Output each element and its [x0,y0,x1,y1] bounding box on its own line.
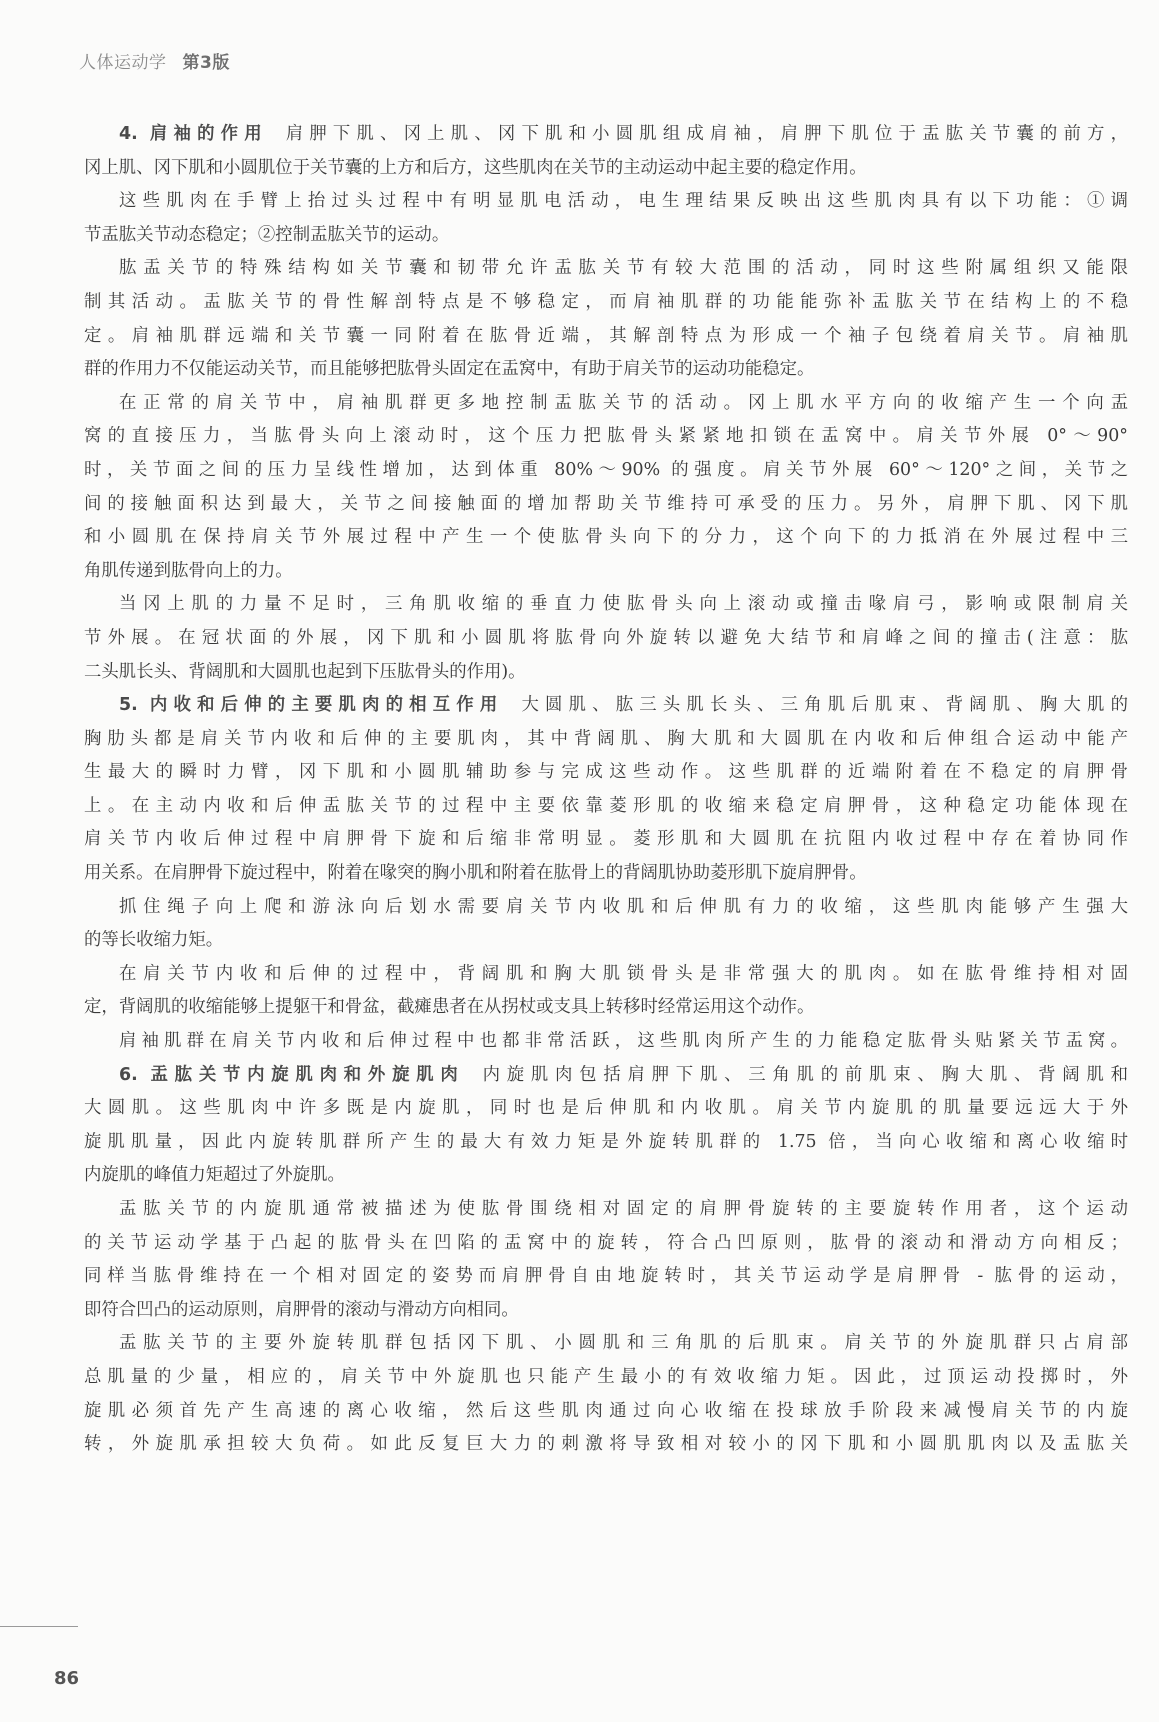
text-line: 盂肱关节的主要外旋转肌群包括冈下肌、小圆肌和三角肌的后肌束。肩关节的外旋肌群只占… [84,1327,1128,1361]
text-line: 角肌传递到肱骨向上的力。 [84,555,1128,589]
text-line: 当冈上肌的力量不足时，三角肌收缩的垂直力使肱骨头向上滚动或撞击喙肩弓，影响或限制… [84,588,1128,622]
text-line: 这些肌肉在手臂上抬过头过程中有明显肌电活动，电生理结果反映出这些肌肉具有以下功能… [84,185,1128,219]
edition-label: 第3版 [183,48,230,73]
text-line: 上。在主动内收和后伸盂肱关节的过程中主要依靠菱形肌的收缩来稳定肩胛骨，这种稳定功… [84,790,1128,824]
text-line: 冈上肌、冈下肌和小圆肌位于关节囊的上方和后方，这些肌肉在关节的主动运动中起主要的… [84,152,1128,186]
text-line: 即符合凹凸的运动原则，肩胛骨的滚动与滑动方向相同。 [84,1294,1128,1328]
text-line: 肩关节内收后伸过程中肩胛骨下旋和后缩非常明显。菱形肌和大圆肌在抗阻内收过程中存在… [84,823,1128,857]
text-line: 总肌量的少量，相应的，肩关节中外旋肌也只能产生最小的有效收缩力矩。因此，过顶运动… [84,1361,1128,1395]
text-line: 和小圆肌在保持肩关节外展过程中产生一个使肱骨头向下的分力，这个向下的力抵消在外展… [84,521,1128,555]
text-line: 6. 盂肱关节内旋肌肉和外旋肌肉内旋肌肉包括肩胛下肌、三角肌的前肌束、胸大肌、背… [84,1059,1128,1093]
text-line: 旋肌肌量，因此内旋转肌群所产生的最大有效力矩是外旋转肌群的 1.75 倍，当向心… [84,1126,1128,1160]
text-line: 内旋肌的峰值力矩超过了外旋肌。 [84,1159,1128,1193]
text-line: 的等长收缩力矩。 [84,924,1128,958]
text-line: 二头肌长头、背阔肌和大圆肌也起到下压肱骨头的作用)。 [84,656,1128,690]
text-line: 胸肋头都是肩关节内收和后伸的主要肌肉，其中背阔肌、胸大肌和大圆肌在内收和后伸组合… [84,723,1128,757]
text-line: 在正常的肩关节中，肩袖肌群更多地控制盂肱关节的活动。冈上肌水平方向的收缩产生一个… [84,387,1128,421]
text-line: 群的作用力不仅能运动关节，而且能够把肱骨头固定在盂窝中，有助于肩关节的运动功能稳… [84,353,1128,387]
text-line: 节外展。在冠状面的外展，冈下肌和小圆肌将肱骨向外旋转以避免大结节和肩峰之间的撞击… [84,622,1128,656]
section-rotators: 6. 盂肱关节内旋肌肉和外旋肌肉内旋肌肉包括肩胛下肌、三角肌的前肌束、胸大肌、背… [84,1059,1128,1462]
running-header: 人体运动学 第3版 [79,48,230,73]
text-line: 窝的直接压力，当肱骨头向上滚动时，这个压力把肱骨头紧紧地扣锁在盂窝中。肩关节外展… [84,420,1128,454]
text-line: 抓住绳子向上爬和游泳向后划水需要肩关节内收肌和后伸肌有力的收缩，这些肌肉能够产生… [84,891,1128,925]
text-line: 制其活动。盂肱关节的骨性解剖特点是不够稳定，而肩袖肌群的功能能弥补盂肱关节在结构… [84,286,1128,320]
text-line: 定，背阔肌的收缩能够上提躯干和骨盆，截瘫患者在从拐杖或支具上转移时经常运用这个动… [84,991,1128,1025]
text-line: 盂肱关节的内旋肌通常被描述为使肱骨围绕相对固定的肩胛骨旋转的主要旋转作用者，这个… [84,1193,1128,1227]
text-line: 4. 肩袖的作用肩胛下肌、冈上肌、冈下肌和小圆肌组成肩袖，肩胛下肌位于盂肱关节囊… [84,118,1128,152]
text-line: 肩袖肌群在肩关节内收和后伸过程中也都非常活跃，这些肌肉所产生的力能稳定肱骨头贴紧… [84,1025,1128,1059]
text-line: 同样当肱骨维持在一个相对固定的姿势而肩胛骨自由地旋转时，其关节运动学是肩胛骨 -… [84,1260,1128,1294]
text-line: 旋肌必须首先产生高速的离心收缩，然后这些肌肉通过向心收缩在投球放手阶段来减慢肩关… [84,1395,1128,1429]
text-line: 时，关节面之间的压力呈线性增加，达到体重 80%～90% 的强度。肩关节外展 6… [84,454,1128,488]
page-body: 4. 肩袖的作用肩胛下肌、冈上肌、冈下肌和小圆肌组成肩袖，肩胛下肌位于盂肱关节囊… [84,118,1128,1462]
section-heading: 4. 肩袖的作用 [119,124,268,144]
text-line: 5. 内收和后伸的主要肌肉的相互作用大圆肌、肱三头肌长头、三角肌后肌束、背阔肌、… [84,689,1128,723]
section-heading: 5. 内收和后伸的主要肌肉的相互作用 [119,695,503,715]
text-line: 用关系。在肩胛骨下旋过程中，附着在喙突的胸小肌和附着在肱骨上的背阔肌协助菱形肌下… [84,857,1128,891]
text-line: 转，外旋肌承担较大负荷。如此反复巨大力的刺激将导致相对较小的冈下肌和小圆肌肌肉以… [84,1428,1128,1462]
book-title: 人体运动学 [79,48,167,73]
text-line: 在肩关节内收和后伸的过程中，背阔肌和胸大肌锁骨头是非常强大的肌肉。如在肱骨维持相… [84,958,1128,992]
footer-divider [0,1626,78,1627]
text-line: 定。肩袖肌群远端和关节囊一同附着在肱骨近端，其解剖特点为形成一个袖子包绕着肩关节… [84,320,1128,354]
section-rotator-cuff: 4. 肩袖的作用肩胛下肌、冈上肌、冈下肌和小圆肌组成肩袖，肩胛下肌位于盂肱关节囊… [84,118,1128,689]
page-number: 86 [54,1668,79,1689]
text-line: 的关节运动学基于凸起的肱骨头在凹陷的盂窝中的旋转，符合凸凹原则，肱骨的滚动和滑动… [84,1227,1128,1261]
text-line: 大圆肌。这些肌肉中许多既是内旋肌，同时也是后伸肌和内收肌。肩关节内旋肌的肌量要远… [84,1092,1128,1126]
text-line: 肱盂关节的特殊结构如关节囊和韧带允许盂肱关节有较大范围的活动，同时这些附属组织又… [84,252,1128,286]
text-line: 生最大的瞬时力臂，冈下肌和小圆肌辅助参与完成这些动作。这些肌群的近端附着在不稳定… [84,756,1128,790]
text-line: 节盂肱关节动态稳定；②控制盂肱关节的运动。 [84,219,1128,253]
section-adduction-extension: 5. 内收和后伸的主要肌肉的相互作用大圆肌、肱三头肌长头、三角肌后肌束、背阔肌、… [84,689,1128,1059]
section-heading: 6. 盂肱关节内旋肌肉和外旋肌肉 [119,1065,465,1085]
text-line: 间的接触面积达到最大，关节之间接触面的增加帮助关节维持可承受的压力。另外，肩胛下… [84,488,1128,522]
